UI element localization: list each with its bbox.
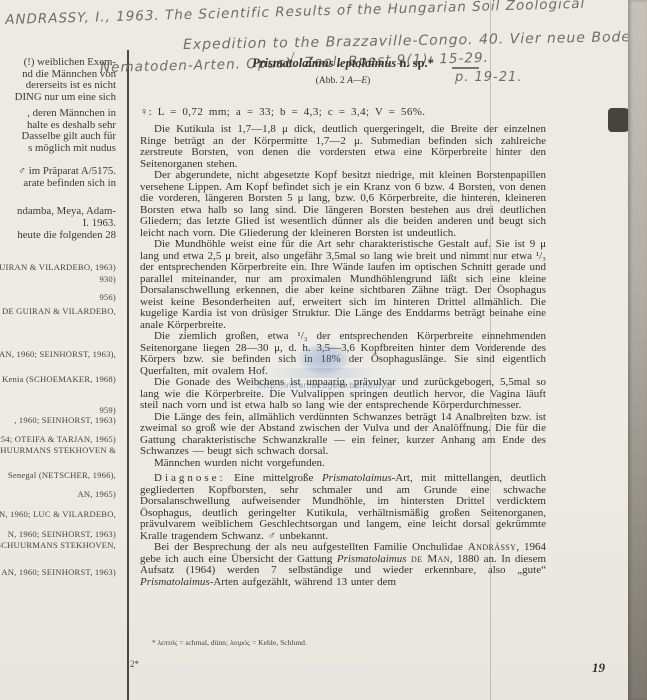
paragraph: Die Mundhöhle weist eine für die Art seh… [140, 239, 546, 331]
text-segment: -Arten aufgezählt, während 13 unter dem [210, 576, 396, 588]
paragraph: Der abgerundete, nicht abgesetzte Kopf b… [140, 170, 546, 239]
paragraph: Männchen wurden nicht vorgefunden. [140, 458, 546, 470]
text-segment: Eine mittelgroße [226, 472, 322, 484]
text-segment: λεπτός [158, 638, 178, 647]
text-segment: Prismatolaimus leptolaimus [252, 56, 396, 70]
facing-page-line: ndamba, Meya, Adam- [17, 205, 116, 217]
facing-page-line: UIRAN & VILARDEBO, 1963) [0, 262, 116, 272]
facing-page-line: N, 1960; SEINHORST, 1963) [8, 529, 116, 539]
text-segment: = schmal, dünn; [177, 638, 230, 647]
text-segment: Der abgerundete, nicht abgesetzte Kopf b… [140, 169, 546, 239]
facing-page-line: AN, 1960; SEINHORST, 1963), [0, 349, 116, 359]
facing-page-line: halte es deshalb sehr [27, 119, 116, 131]
facing-page-line: arate befinden sich in [23, 177, 116, 189]
text-segment: Männchen wurden nicht vorgefunden. [154, 457, 325, 469]
text-segment: = Kehle, Schlund. [250, 638, 307, 647]
signature-mark: 2* [130, 659, 139, 669]
text-segment: Die Mundhöhle weist eine für die Art seh… [140, 238, 546, 331]
facing-page-line: SCHUURMANS STEKHOVEN & [0, 445, 116, 455]
text-segment: Diagnose: [154, 472, 226, 484]
facing-page-line: AN, 1960; LUC & VILARDEBO, [0, 509, 116, 519]
facing-page-line: , deren Männchen in [27, 107, 116, 119]
facing-page-line: heute die folgenden 28 [17, 229, 116, 241]
text-segment: (Abb. 2 [316, 76, 347, 86]
facing-page-line: s (SCHUURMANS STEKHOVEN, [0, 540, 116, 550]
article-column: Prismatolaimus leptolaimus n. sp.* (Abb.… [140, 50, 546, 588]
facing-page-line: Kenia (SCHOEMAKER, 1968) [2, 374, 116, 384]
facing-page-line: Senegal (NETSCHER, 1966), [8, 470, 116, 480]
facing-page-line: 930) [99, 274, 116, 284]
facing-page-line: DING nur um eine sich [15, 91, 116, 103]
page-gutter-line [127, 50, 129, 700]
text-segment: Prismatolaimus [140, 576, 210, 588]
paragraph: Diagnose: Eine mittelgroße Prismatolaimu… [140, 473, 546, 542]
figure-reference: (Abb. 2 A—E) [140, 76, 546, 86]
facing-page-line: Dasselbe gilt auch für [22, 130, 116, 142]
facing-page-line: DE GUIRAN & VILARDEBO, [2, 306, 116, 316]
facing-page-line: ♂ im Präparat A/5175. [18, 165, 116, 177]
text-segment: de Man [411, 553, 450, 565]
text-segment: n. sp.* [396, 56, 434, 70]
watermark-logo-band [268, 368, 378, 378]
facing-page-line: , 1960; SEINHORST, 1963) [14, 415, 116, 425]
facing-page-line: 956) [99, 292, 116, 302]
paragraph: Die Länge des fein, allmählich verdünnte… [140, 412, 546, 458]
facing-page-line: AN, 1960; SEINHORST, 1963) [1, 567, 116, 577]
text-segment: Prismatolaimus [322, 472, 392, 484]
watermark-url: http://intramar.ugent.be/nemys/ [258, 381, 393, 390]
facing-page-line: s möglich mit nudus [28, 142, 116, 154]
facing-page-line: 959) [99, 405, 116, 415]
facing-page-line: I. 1963. [83, 217, 116, 229]
paragraph: Bei der Besprechung der als neu aufgeste… [140, 542, 546, 588]
species-title: Prismatolaimus leptolaimus n. sp.* [140, 56, 546, 71]
measurement-line: ♀: L = 0,72 mm; a = 33; b = 4,3; c = 3,4… [140, 106, 546, 118]
text-segment: Die Kutikula ist 1,7—1,8 μ dick, deutlic… [140, 123, 546, 170]
text-segment: ) [367, 76, 370, 86]
page-number: 19 [592, 660, 605, 676]
text-segment: Prismatolaimus [337, 553, 407, 565]
text-segment: Bei der Besprechung der als neu aufgeste… [154, 541, 468, 553]
fold-crease [490, 0, 491, 700]
text-segment: A—E [347, 76, 367, 86]
facing-page-text-strip: (!) weiblichen Exem-nd die Männchen vond… [0, 0, 120, 700]
text-segment: λαιμός [230, 638, 250, 647]
facing-page-line: dererseits ist es nicht [26, 79, 116, 91]
scanned-page: (!) weiblichen Exem-nd die Männchen vond… [0, 0, 647, 700]
facing-page-line: AN, 1965) [77, 489, 116, 499]
footnote: * λεπτός = schmal, dünn; λαιμός = Kehle,… [152, 638, 307, 647]
paragraph: Die Kutikula ist 1,7—1,8 μ dick, deutlic… [140, 124, 546, 170]
text-segment: Andrássy [468, 541, 517, 553]
text-segment: Die Länge des fein, allmählich verdünnte… [140, 411, 546, 458]
facing-page-line: 54; OTEIFA & TARJAN, 1965) [1, 434, 116, 444]
book-edge-band [628, 0, 647, 700]
